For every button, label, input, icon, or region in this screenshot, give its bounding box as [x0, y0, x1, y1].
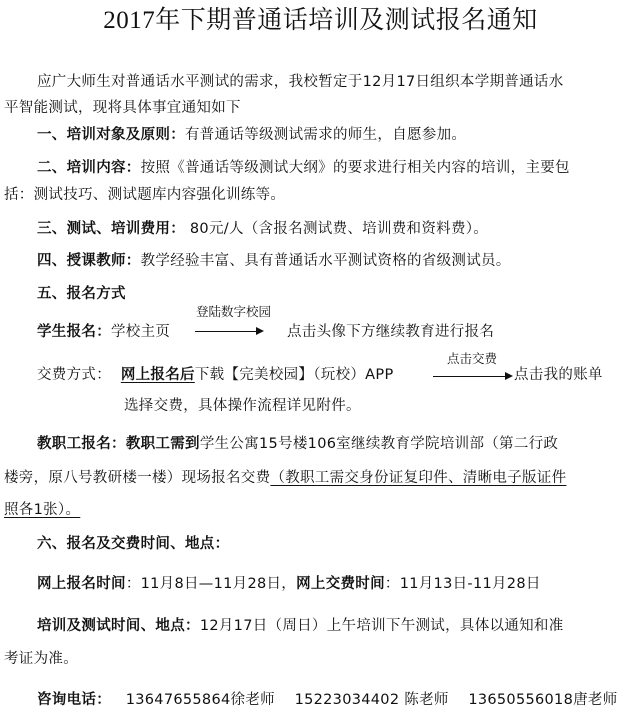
training-time-line-1: 培训及测试时间、地点：12月17日（周日）上午培训下午测试，具体以通知和准: [37, 616, 564, 636]
section-2-heading: 二、培训内容：: [37, 160, 141, 176]
arrow-line: [195, 331, 257, 332]
section-2-text: 按照《普通话等级测试大纲》的要求进行相关内容的培训，主要包: [141, 160, 570, 176]
staff-line-2-underlined: （教职工需交身份证复印件、清晰电子版证件: [270, 470, 566, 486]
staff-signup-line-2: 楼旁，原八号教研楼一楼）现场报名交费（教职工需交身份证复印件、清晰电子版证件: [4, 468, 566, 488]
section-3: 三、测试、培训费用： 80元/人（含报名测试费、培训费和资料费）。: [37, 219, 488, 239]
intro-line-2: 平智能测试，现将具体事宜通知如下: [4, 98, 241, 118]
payment-download-text: 下载【完美校园】（玩校）APP: [195, 367, 394, 383]
training-time-line-2: 考证为准。: [4, 649, 78, 669]
contact-phone-3: 13650556018: [468, 692, 573, 708]
section-2-line-2: 括：测试技巧、测试题库内容强化训练等。: [4, 185, 285, 205]
arrow-line: [433, 376, 505, 377]
training-time-label: 培训及测试时间、地点：: [37, 618, 200, 634]
online-times-row: 网上报名时间：11月8日—11月28日，网上交费时间：11月13日-11月28日: [37, 574, 541, 594]
contact-phone-2: 15223034402: [295, 692, 400, 708]
contact-name-1: 徐老师: [231, 692, 275, 708]
section-5-heading: 五、报名方式: [37, 284, 126, 304]
section-3-heading: 三、测试、培训费用：: [37, 221, 185, 237]
page-title: 2017年下期普通话培训及测试报名通知: [0, 4, 641, 38]
staff-line-1-rest: 学生公寓15号楼106室继续教育学院培训部（第二行政: [200, 436, 558, 452]
payment-line-2: 选择交费，具体操作流程详见附件。: [124, 396, 361, 416]
section-3-text: 80元/人（含报名测试费、培训费和资料费）。: [185, 221, 488, 237]
after-online-signup: 网上报名后: [121, 367, 195, 383]
section-4-text: 教学经验丰富、具有普通话水平测试资格的省级测试员。: [141, 253, 511, 269]
staff-signup-line-3: 照各1张）。: [4, 500, 80, 520]
payment-method-label: 交费方式：: [37, 367, 111, 383]
staff-signup-label: 教职工报名：: [37, 436, 126, 452]
section-6-heading: 六、报名及交费时间、地点：: [37, 534, 229, 554]
section-2-line-1: 二、培训内容：按照《普通话等级测试大纲》的要求进行相关内容的培训，主要包: [37, 158, 570, 178]
student-arrow-label: 登陆数字校园: [196, 304, 271, 320]
online-pay-value: ：11月13日-11月28日: [385, 576, 541, 592]
payment-method-row: 交费方式： 网上报名后下载【完美校园】（玩校）APP: [37, 365, 393, 385]
contact-name-2: 陈老师: [404, 692, 448, 708]
payment-end: 点击我的账单: [514, 365, 603, 385]
staff-line-2-plain: 楼旁，原八号教研楼一楼）现场报名交费: [4, 470, 270, 486]
section-1: 一、培训对象及原则：有普通话等级测试需求的师生，自愿参加。: [37, 125, 466, 145]
student-signup-label: 学生报名：: [37, 324, 111, 340]
student-signup-end: 点击头像下方继续教育进行报名: [287, 322, 494, 342]
contact-name-3: 唐老师: [573, 692, 617, 708]
student-signup-start: 学校主页: [111, 324, 170, 340]
arrow-right-icon: [256, 327, 264, 335]
contact-label: 咨询电话：: [37, 692, 111, 708]
online-signup-value: ：11月8日—11月28日，: [126, 576, 296, 592]
section-4-heading: 四、授课教师：: [37, 253, 141, 269]
contact-row: 咨询电话： 13647655864徐老师 15223034402 陈老师 136…: [37, 690, 618, 710]
training-time-text: 12月17日（周日）上午培训下午测试，具体以通知和准: [200, 618, 564, 634]
online-pay-label: 网上交费时间: [296, 576, 385, 592]
section-1-text: 有普通话等级测试需求的师生，自愿参加。: [185, 127, 466, 143]
staff-signup-line-1: 教职工报名：教职工需到学生公寓15号楼106室继续教育学院培训部（第二行政: [37, 434, 558, 454]
student-signup-row: 学生报名：学校主页: [37, 322, 170, 342]
intro-line-1: 应广大师生对普通话水平测试的需求，我校暂定于12月17日组织本学期普通话水: [37, 72, 564, 92]
section-1-heading: 一、培训对象及原则：: [37, 127, 185, 143]
payment-arrow-label: 点击交费: [447, 351, 497, 367]
staff-bold-text: 教职工需到: [126, 436, 200, 452]
arrow-right-icon: [505, 372, 513, 380]
contact-phone-1: 13647655864: [126, 692, 231, 708]
online-signup-label: 网上报名时间: [37, 576, 126, 592]
section-4: 四、授课教师：教学经验丰富、具有普通话水平测试资格的省级测试员。: [37, 251, 511, 271]
